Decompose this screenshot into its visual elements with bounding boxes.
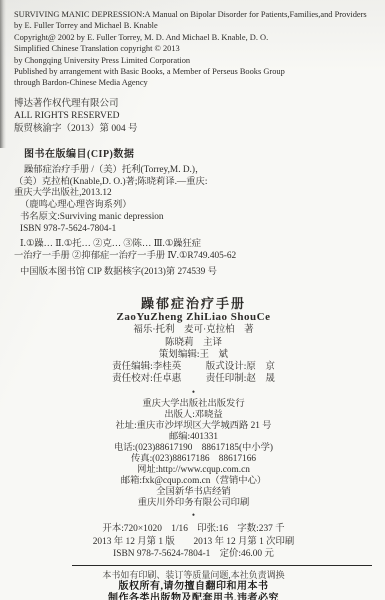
cip-line: Ⅰ.①躁… Ⅱ.①托… ②克… ③陈… Ⅲ.①躁狂症 [20, 239, 373, 251]
publisher-line: 电话:(023)88617190 88617185(中小学) [14, 443, 373, 454]
publisher-line: 社址:重庆市沙坪坝区大学城西路 21 号 [14, 421, 373, 432]
copyright-line: Copyright@ 2002 by E. Fuller Torrey, M. … [14, 32, 373, 43]
section-divider-dot: • [14, 388, 373, 397]
publisher-line: 邮箱:fxk@cqup.com.cn（营销中心） [14, 476, 373, 487]
print-spec-line: 开本:720×1020 1/16 印张:16 字数:237 千 [14, 523, 373, 535]
publisher-line: 重庆川外印务有限公司印刷 [14, 498, 373, 509]
cip-line: 中国版本图书馆 CIP 数据核字(2013)第 274539 号 [20, 267, 373, 279]
cip-data-heading: 图书在版编目(CIP)数据 [24, 145, 373, 160]
cip-line: 躁郁症治疗手册 /（美）托利(Torrey,M. D.)， [24, 165, 373, 177]
bottom-rule [72, 565, 372, 566]
cip-line: 书名原文:Surviving manic depression [20, 212, 373, 224]
book-title-pinyin: ZaoYuZheng ZhiLiao ShouCe [14, 311, 373, 324]
proof-print-row: 责任校对:任卓惠 责任印制:赵 晟 [14, 373, 373, 385]
copyright-line: Simplified Chinese Translation copyright… [14, 43, 373, 54]
translator-line: 陈晓莉 主译 [14, 337, 373, 349]
authors-line: 福乐·托利 麦可·克拉柏 著 [14, 324, 373, 336]
rights-line: 版贸核渝字（2013）第 004 号 [14, 123, 373, 135]
responsible-proofreader: 责任校对:任卓惠 [112, 373, 181, 385]
title-credits-block: 躁郁症治疗手册 ZaoYuZheng ZhiLiao ShouCe 福乐·托利 … [14, 296, 373, 385]
publisher-line: 网址:http://www.cqup.com.cn [14, 465, 373, 476]
colophon-page: SURVIVING MANIC DEPRESSION:A Manual on B… [0, 0, 385, 600]
responsible-editor: 责任编辑:李桂英 [112, 361, 181, 373]
print-spec-line: 2013 年 12 月第 1 版 2013 年 12 月第 1 次印刷 [14, 536, 373, 548]
cip-line: （鹿鸣心理心理咨询系列） [20, 200, 373, 212]
cip-line: （美）克拉柏(Knable,D. O.)著;陈晓莉译.—重庆: [14, 177, 373, 189]
copyright-line: Published by arrangement with Basic Book… [14, 66, 373, 77]
copyright-warning-line: 版权所有,请勿擅自翻印和用本书 [14, 581, 373, 593]
english-copyright-block: SURVIVING MANIC DEPRESSION:A Manual on B… [14, 9, 373, 89]
quality-notice-block: 本书如有印刷、装订等质量问题,本社负责调换 版权所有,请勿擅自翻印和用本书 制作… [14, 570, 373, 600]
print-spec-block: 开本:720×1020 1/16 印张:16 字数:237 千 2013 年 1… [14, 523, 373, 560]
publisher-line: 全国新华书店经销 [14, 487, 373, 498]
cip-record-block: 躁郁症治疗手册 /（美）托利(Torrey,M. D.)， （美）克拉柏(Kna… [14, 165, 373, 278]
cip-line: 一治疗一手册 ②抑郁症一治疗一手册 Ⅳ.①R749.405-62 [14, 251, 373, 263]
section-divider-dot: • [14, 511, 373, 520]
copyright-line: by E. Fuller Torrey and Michael B. Knabl… [14, 20, 373, 31]
copyright-warning-line: 制作各类出版物及配套用书,违者必究 [14, 593, 373, 600]
editor-design-row: 责任编辑:李桂英 版式设计:原 京 [14, 361, 373, 373]
cip-line: 重庆大学出版社,2013.12 [14, 188, 373, 200]
copyright-line: SURVIVING MANIC DEPRESSION:A Manual on B… [14, 9, 373, 20]
responsible-printer: 责任印制:赵 晟 [206, 373, 275, 385]
publisher-line: 传真:(023)88617186 88617166 [14, 454, 373, 465]
rights-block: 博达著作权代理有限公司 ALL RIGHTS RESERVED 版贸核渝字（20… [14, 98, 373, 135]
quality-notice-line: 本书如有印刷、装订等质量问题,本社负责调换 [14, 570, 373, 581]
copyright-line: through Bardon-Chinese Media Agency [14, 77, 373, 88]
copyright-line: by Chongqing University Press Limited Co… [14, 55, 373, 66]
print-spec-line: ISBN 978-7-5624-7804-1 定价:46.00 元 [14, 548, 373, 560]
publisher-line: 出版人:邓晓益 [14, 410, 373, 421]
rights-line: ALL RIGHTS RESERVED [14, 110, 373, 122]
publisher-block: 重庆大学出版社出版发行 出版人:邓晓益 社址:重庆市沙坪坝区大学城西路 21 号… [14, 399, 373, 508]
publisher-line: 邮编:401331 [14, 432, 373, 443]
book-title: 躁郁症治疗手册 [14, 296, 373, 311]
publisher-line: 重庆大学出版社出版发行 [14, 399, 373, 410]
cip-line: ISBN 978-7-5624-7804-1 [20, 224, 373, 236]
layout-designer: 版式设计:原 京 [206, 361, 275, 373]
rights-line: 博达著作权代理有限公司 [14, 98, 373, 110]
planning-editor-line: 策划编辑:王 斌 [14, 349, 373, 361]
